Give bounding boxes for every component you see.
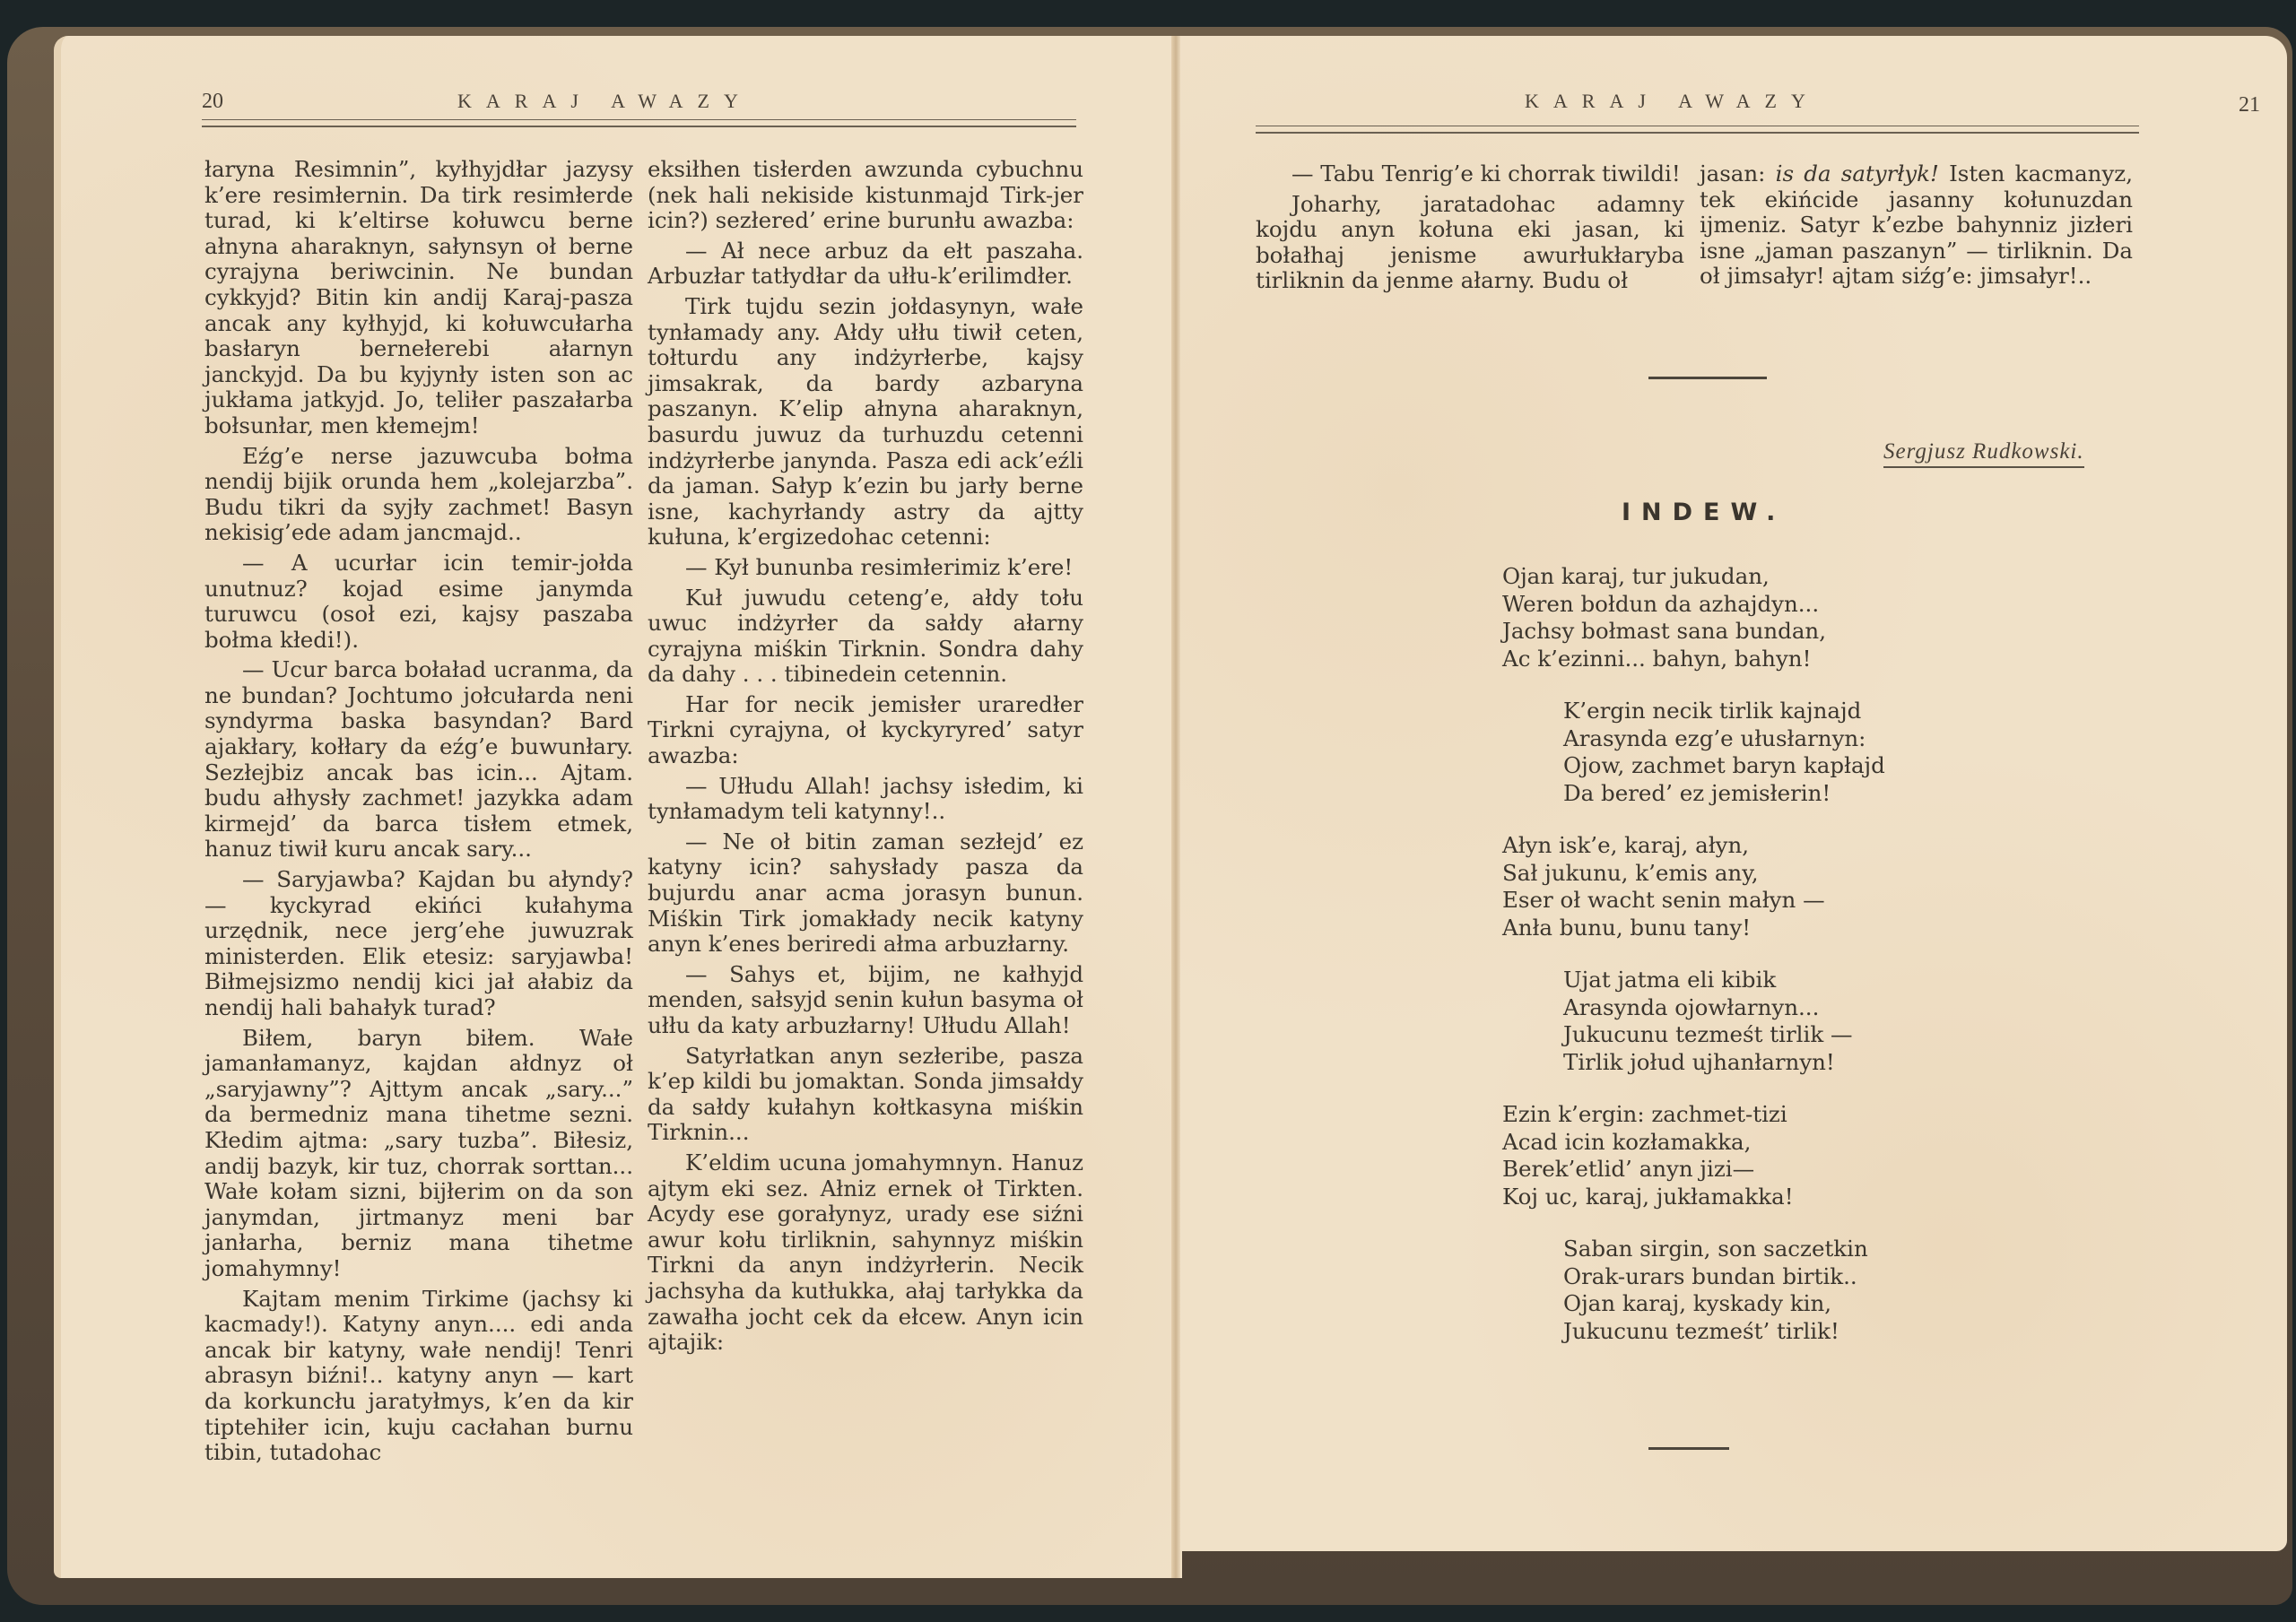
poem-line: Anła bunu, bunu tany! (1502, 915, 1885, 942)
running-title-right: KARAJ AWAZY (1525, 90, 1820, 113)
paragraph: — Saryjawba? Kajdan bu ałyndy? — kyckyra… (204, 867, 633, 1021)
paragraph: eksiłhen tisłerden awzunda cybuchnu (nek… (648, 157, 1083, 234)
paragraph: — Sahys et, bijim, ne kałhyjd menden, sa… (648, 962, 1083, 1039)
poem-line: Eser oł wacht senin małyn — (1502, 887, 1885, 915)
page-number-right: 21 (2239, 93, 2260, 117)
poem-line: Jukucunu tezmeśt’ tirlik! (1563, 1318, 1885, 1346)
paragraph: K’eldim ucuna jomahymnyn. Hanuz ajtym ek… (648, 1150, 1083, 1356)
poem-line: Ezin k’ergin: zachmet-tizi (1502, 1101, 1885, 1129)
paragraph: — A ucurłar icin temir-jołda unutnuz? ko… (204, 551, 633, 653)
poem-line: Ojan karaj, kyskady kin, (1563, 1290, 1885, 1318)
poem-stanza: K’ergin necik tirlik kajnajdArasynda ezg… (1502, 698, 1885, 807)
left-page-column-2: eksiłhen tisłerden awzunda cybuchnu (nek… (648, 157, 1083, 1360)
paragraph: Joharhy, jaratadohac adamny kojdu anyn k… (1256, 192, 1684, 294)
running-title-left: KARAJ AWAZY (457, 90, 752, 113)
book-gutter (1171, 36, 1180, 1578)
paragraph: — Ułłudu Allah! jachsy isłedim, ki tynła… (648, 774, 1083, 825)
poem-line: Da bered’ ez jemisłerin! (1563, 780, 1885, 808)
header-rule-right (1256, 126, 2139, 134)
poem-line: Ałyn isk’e, karaj, ałyn, (1502, 832, 1885, 860)
poem-line: Ojow, zachmet baryn kapłajd (1563, 752, 1885, 780)
poem-line: Berek’etlid’ anyn jizi— (1502, 1156, 1885, 1184)
poem-stanza: Ezin k’ergin: zachmet-tiziAcad icin kozł… (1502, 1101, 1885, 1210)
paragraph: — Ucur barca bołaład ucranma, da ne bund… (204, 657, 633, 863)
end-separator (1648, 1447, 1729, 1450)
poem-line: Tirlik jołud ujhanłarnyn! (1563, 1049, 1885, 1077)
poem-stanza: Saban sirgin, son saczetkinOrak-urars bu… (1502, 1236, 1885, 1345)
paragraph: Kajtam menim Tirkime (jachsy ki kacmady!… (204, 1287, 633, 1466)
paragraph: Biłem, baryn biłem. Wałe jamanłamanyz, k… (204, 1026, 633, 1282)
poem-line: K’ergin necik tirlik kajnajd (1563, 698, 1885, 725)
poem-line: Ujat jatma eli kibik (1563, 967, 1885, 994)
poem-line: Jukucunu tezmeśt tirlik — (1563, 1021, 1885, 1049)
poem-line: Ojan karaj, tur jukudan, (1502, 563, 1885, 591)
paragraph: — Ne oł bitin zaman sezłejd’ ez katyny i… (648, 829, 1083, 958)
poem-line: Orak-urars bundan birtik.. (1563, 1263, 1885, 1291)
poem-line: Jachsy bołmast sana bundan, (1502, 618, 1885, 646)
left-page-column-1: łaryna Resimnin”, kyłhyjdłar jazysy k’er… (204, 157, 633, 1470)
right-page-column-1: — Tabu Tenrig’e ki chorrak tiwildi!Johar… (1256, 161, 1684, 299)
poem-stanza: Ojan karaj, tur jukudan,Weren bołdun da … (1502, 563, 1885, 672)
poem-line: Saban sirgin, son saczetkin (1563, 1236, 1885, 1263)
paragraph: Tirk tujdu sezin jołdasynyn, wałe tynłam… (648, 294, 1083, 551)
poem-line: Acad icin kozłamakka, (1502, 1129, 1885, 1157)
paragraph: łaryna Resimnin”, kyłhyjdłar jazysy k’er… (204, 157, 633, 439)
paragraph: Kuł juwudu ceteng’e, ałdy tołu uwuc indż… (648, 585, 1083, 688)
poem-line: Arasynda ojowłarnyn... (1563, 994, 1885, 1022)
paragraph: Eźg’e nerse jazuwcuba bołma nendij bijik… (204, 444, 633, 546)
paragraph: — Ał nece arbuz da ełt paszaha. Arbuzłar… (648, 239, 1083, 290)
poem-line: Ac k’ezinni... bahyn, bahyn! (1502, 646, 1885, 673)
poem-stanza: Ałyn isk’e, karaj, ałyn,Sał jukunu, k’em… (1502, 832, 1885, 941)
italic-phrase: is da satyrłyk! (1776, 160, 1939, 186)
paragraph: — Kył bununba resimłerimiz k’ere! (648, 555, 1083, 581)
poem-title: INDEW. (1622, 499, 1786, 526)
paragraph: jasan: is da satyrłyk! Isten kacmanyz, t… (1700, 161, 2133, 290)
paragraph: Har for necik jemisłer uraredłer Tirkni … (648, 692, 1083, 769)
poem-line: Sał jukunu, k’emis any, (1502, 860, 1885, 888)
author-signature: Sergjusz Rudkowski. (1883, 439, 2084, 468)
poem-line: Weren bołdun da azhajdyn... (1502, 591, 1885, 619)
paragraph: Satyrłatkan anyn sezłeribe, pasza k’ep k… (648, 1044, 1083, 1146)
page-number-left: 20 (202, 90, 223, 114)
section-separator (1648, 377, 1767, 379)
right-running-head: KARAJ AWAZY 21 (1525, 90, 2260, 126)
poem-stanza: Ujat jatma eli kibikArasynda ojowłarnyn.… (1502, 967, 1885, 1076)
header-rule-left (202, 119, 1076, 127)
poem-line: Koj uc, karaj, jukłamakka! (1502, 1184, 1885, 1211)
right-page-column-2: jasan: is da satyrłyk! Isten kacmanyz, t… (1700, 161, 2133, 294)
paragraph: — Tabu Tenrig’e ki chorrak tiwildi! (1256, 161, 1684, 187)
poem-line: Arasynda ezg’e ułusłarnyn: (1563, 725, 1885, 753)
poem-body: Ojan karaj, tur jukudan,Weren bołdun da … (1502, 563, 1885, 1370)
